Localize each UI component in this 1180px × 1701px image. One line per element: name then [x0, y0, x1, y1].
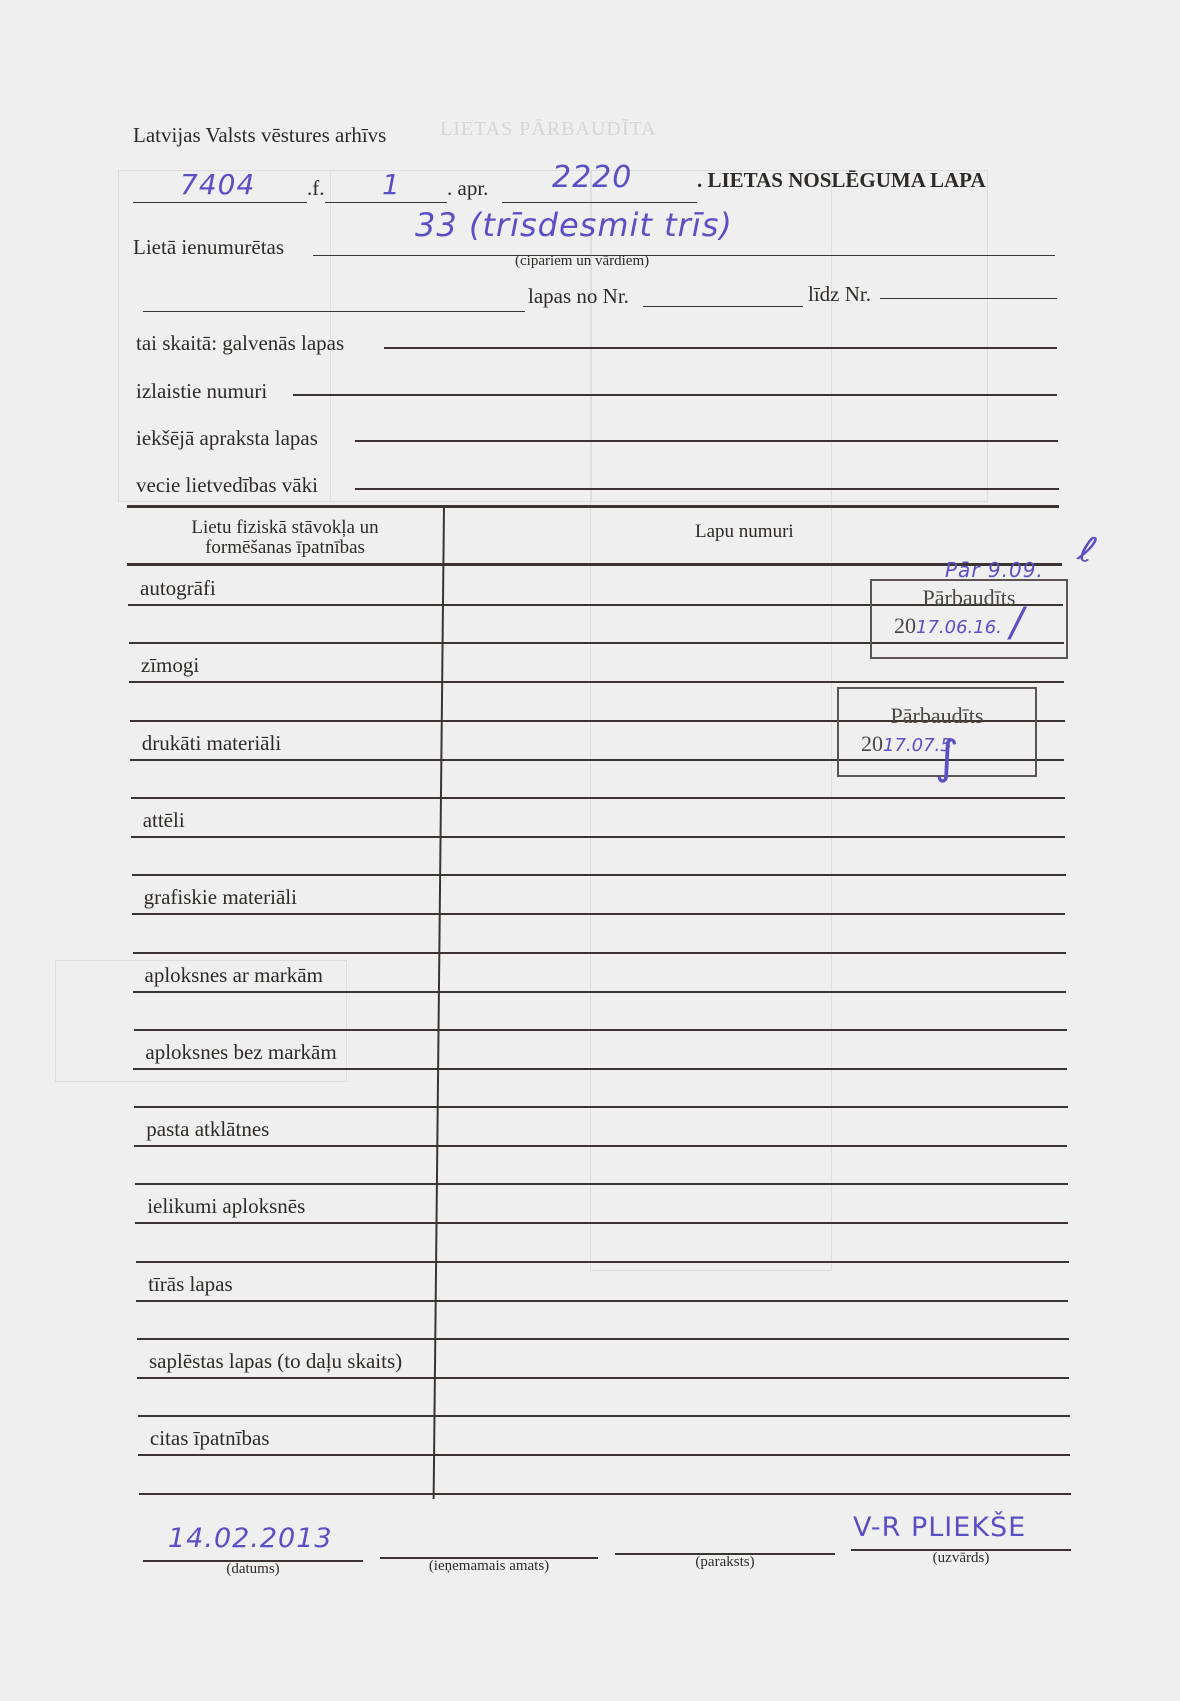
stamp-1-title: Pārbaudīts — [872, 585, 1066, 611]
field-line-old-covers[interactable] — [355, 488, 1059, 490]
pages-from-field[interactable] — [643, 306, 803, 307]
footer-surname-caption: (uzvārds) — [851, 1550, 1071, 1567]
stamp-1-signature: ℓ — [1073, 529, 1102, 573]
table-row-page-numbers-cell[interactable] — [450, 879, 1050, 949]
count-field-line — [313, 255, 1055, 256]
table-row-page-numbers-cell[interactable] — [450, 957, 1050, 1027]
footer-date-caption: (datums) — [143, 1561, 363, 1578]
table-row-page-numbers-cell[interactable] — [450, 1034, 1050, 1104]
field-label-old-covers: vecie lietvedības vāki — [136, 473, 318, 498]
fonds-field-line — [133, 202, 307, 203]
table-row-label: citas īpatnības — [150, 1426, 270, 1451]
count-value: 33 (trīsdesmit trīs) — [415, 206, 733, 244]
stamp-1-date-prefix: 20 — [894, 613, 916, 638]
table-row-label: attēli — [143, 808, 185, 833]
table-row-label: aploksnes ar markām — [145, 963, 323, 988]
table-top-border — [127, 505, 1059, 508]
stamp-2-signature: ∫ — [935, 730, 960, 784]
table-row-page-numbers-cell[interactable] — [450, 1111, 1050, 1181]
table-row-label: tīrās lapas — [148, 1272, 233, 1297]
inventory-field-line — [325, 202, 447, 203]
footer-surname-value: V-R PLIEKŠE — [853, 1512, 1026, 1543]
table-row-bottom-border — [132, 874, 1066, 876]
field-line-main-pages[interactable] — [384, 347, 1057, 349]
table-header-col1-line2: formēšanas īpatnības — [130, 538, 440, 558]
table-column-divider — [433, 507, 445, 1499]
table-row-page-numbers-cell[interactable] — [450, 1188, 1050, 1258]
fonds-value: 7404 — [180, 168, 255, 201]
verification-stamp-1: Pārbaudīts 2017.06.16. — [870, 579, 1068, 659]
table-row-label: saplēstas lapas (to daļu skaits) — [149, 1349, 402, 1374]
archive-name: Latvijas Valsts vēstures arhīvs — [133, 123, 386, 148]
footer-position-caption: (ieņemamais amats) — [380, 1558, 598, 1575]
table-row-bottom-border — [139, 1493, 1071, 1495]
pages-to-field[interactable] — [880, 298, 1057, 299]
stamp-1-signature-stroke: / — [1010, 600, 1024, 646]
table-row-bottom-border — [133, 952, 1067, 954]
table-row-bottom-border — [134, 1106, 1067, 1108]
table-row-bottom-border — [135, 1183, 1068, 1185]
stamp-2-title: Pārbaudīts — [839, 703, 1035, 729]
table-row-bottom-border — [138, 1415, 1070, 1417]
table-row-label: drukāti materiāli — [142, 731, 281, 756]
table-row-label: zīmogi — [141, 653, 199, 678]
count-caption: (cipariem un vārdiem) — [515, 253, 649, 270]
pages-prefix-line — [143, 311, 525, 312]
table-header-bottom-border — [127, 563, 1062, 566]
table-header-col1: Lietu fiziskā stāvokļa un formēšanas īpa… — [130, 518, 440, 558]
document-title: . LIETAS NOSLĒGUMA LAPA — [697, 168, 986, 193]
stamp-1-date: 17.06.16. — [916, 617, 1002, 638]
table-row-label: aploksnes bez markām — [145, 1040, 336, 1065]
field-label-internal-inventory: iekšējā apraksta lapas — [136, 426, 318, 451]
table-row-page-numbers-cell[interactable] — [450, 1266, 1050, 1336]
table-row-page-numbers-cell[interactable] — [450, 1343, 1050, 1413]
table-row-bottom-border — [134, 1029, 1068, 1031]
table-header-col1-line1: Lietu fiziskā stāvokļa un — [130, 518, 440, 538]
stamp-1-annotation: Pār 9.09. — [945, 558, 1044, 582]
pages-from-label: lapas no Nr. — [528, 284, 629, 309]
file-value: 2220 — [552, 160, 632, 195]
field-line-skipped-numbers[interactable] — [293, 394, 1057, 396]
stamp-2-date-prefix: 20 — [861, 731, 883, 756]
inventory-suffix: . apr. — [447, 176, 488, 201]
footer-signature-caption: (paraksts) — [615, 1554, 835, 1571]
fonds-suffix: .f. — [307, 176, 325, 201]
table-row-bottom-border — [131, 797, 1065, 799]
field-line-internal-inventory[interactable] — [355, 440, 1058, 442]
table-row-label: grafiskie materiāli — [144, 885, 297, 910]
pages-to-label: līdz Nr. — [808, 282, 871, 307]
table-row-label: pasta atklātnes — [146, 1117, 269, 1142]
inventory-value: 1 — [382, 168, 401, 201]
table-row-bottom-border — [137, 1338, 1069, 1340]
table-row-page-numbers-cell[interactable] — [450, 1420, 1050, 1490]
count-label: Lietā ienumurētas — [133, 235, 284, 260]
table-header-col2: Lapu numuri — [695, 521, 794, 543]
ghost-title: LIETAS PĀRBAUDĪTA — [440, 118, 657, 141]
footer-date-value: 14.02.2013 — [168, 1523, 333, 1554]
field-label-skipped-numbers: izlaistie numuri — [136, 379, 267, 404]
table-row-bottom-border — [136, 1261, 1069, 1263]
table-row-label: ielikumi aploksnēs — [147, 1194, 305, 1219]
table-row-page-numbers-cell[interactable] — [450, 802, 1050, 872]
field-label-main-pages: tai skaitā: galvenās lapas — [136, 331, 344, 356]
file-field-line — [502, 202, 697, 203]
table-row-label: autogrāfi — [140, 576, 216, 601]
